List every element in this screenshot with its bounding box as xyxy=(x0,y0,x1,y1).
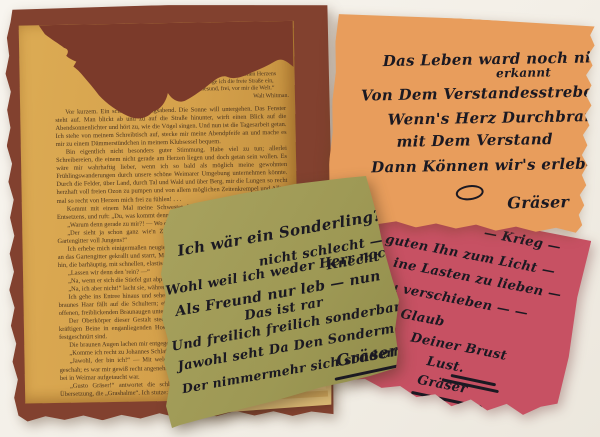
green-note: Ich wär ein Sonderling? nicht schlecht —… xyxy=(150,170,406,432)
profile-silhouette-cutout xyxy=(19,21,296,126)
handwritten-line: mit Dem Verstand xyxy=(396,130,553,151)
handwritten-line: Glaub xyxy=(399,307,446,330)
underline-stroke xyxy=(411,391,482,409)
handwritten-line: erkannt xyxy=(496,65,551,80)
oval-mark xyxy=(455,184,485,202)
handwritten-line: Lust. xyxy=(425,354,465,376)
handwritten-line: Wenn's Herz Durchbrannt xyxy=(388,107,600,129)
handwritten-line: Das Leben ward noch nie xyxy=(383,48,600,70)
handwritten-line: Dann Können wir's erleben. xyxy=(371,154,600,176)
photo-collage: „Zu Fuß und fröhlichen Herzens schlage i… xyxy=(0,0,600,437)
graeser-signature: Gräser xyxy=(507,192,569,212)
handwritten-line: Von Dem Verstandesstreben — xyxy=(361,82,600,105)
handwritten-line: Deiner Brust xyxy=(409,330,508,363)
